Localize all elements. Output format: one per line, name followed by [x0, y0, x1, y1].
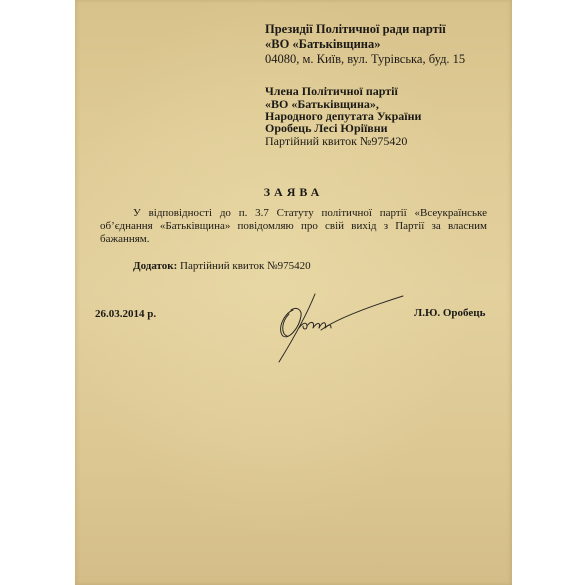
recipient-line-2: «ВО «Батьківщина»: [265, 37, 381, 52]
attachment-label: Додаток:: [133, 260, 177, 272]
recipient-address: 04080, м. Київ, вул. Турівська, буд. 15: [265, 52, 465, 67]
attachment-value: Партійний квиток №975420: [177, 260, 310, 272]
document-body: У відповідності до п. 3.7 Статуту політи…: [100, 207, 487, 246]
recipient-line-1: Президії Політичної ради партії: [265, 22, 446, 37]
document-page: Президії Політичної ради партії «ВО «Бат…: [75, 0, 512, 585]
document-title: ЗАЯВА: [75, 185, 512, 200]
signer-name: Л.Ю. Оробець: [414, 307, 485, 319]
signature-icon: [265, 284, 405, 374]
document-date: 26.03.2014 р.: [95, 308, 156, 320]
attachment-line: Додаток: Партійний квиток №975420: [133, 260, 311, 272]
sender-party-card: Партійний квиток №975420: [265, 134, 407, 149]
